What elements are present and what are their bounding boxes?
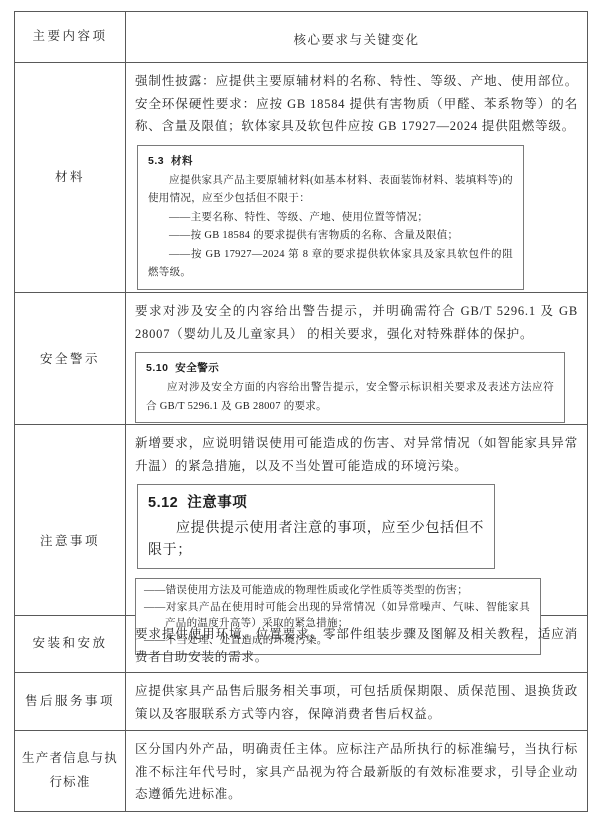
clause-title: 材料 xyxy=(171,155,193,167)
row-content-after-sales: 应提供家具产品售后服务相关事项，可包括质保期限、质保范围、退换货政策以及客服联系… xyxy=(126,673,587,730)
cautions-summary-text: 新增要求，应说明错误使用可能造成的伤害、对异常情况（如智能家具异常升温）的紧急措… xyxy=(135,432,578,477)
table-row-producer-info: 生产者信息与执行标准 区分国内外产品，明确责任主体。应标注产品所执行的标准编号，… xyxy=(15,730,587,811)
excerpt-5-12-heading: 5.12 注意事项 xyxy=(148,491,484,512)
excerpt-5-3-body: 应提供家具产品主要原辅材料(如基本材料、表面装饰材料、装填料等)的使用情况，应至… xyxy=(148,172,513,209)
installation-summary-text: 要求提供使用环境、位置要求、零部件组装步骤及图解及相关教程，适应消费者自助安装的… xyxy=(135,623,578,668)
after-sales-summary-text: 应提供家具产品售后服务相关事项，可包括质保期限、质保范围、退换货政策以及客服联系… xyxy=(135,680,578,725)
excerpt-5-12-body: 应提供提示使用者注意的事项，应至少包括但不限于； xyxy=(148,518,484,562)
row-label-installation: 安装和安放 xyxy=(15,616,126,672)
clause-number: 5.12 xyxy=(148,495,178,511)
standard-excerpt-5-12: 5.12 注意事项 应提供提示使用者注意的事项，应至少包括但不限于； xyxy=(137,484,495,569)
clause-title: 安全警示 xyxy=(175,362,219,374)
excerpt-5-3-heading: 5.3 材料 xyxy=(148,153,513,168)
clause-number: 5.10 xyxy=(146,362,168,374)
excerpt-5-12-item: ——错误使用方法及可能造成的物理性质或化学性质等类型的伤害； xyxy=(144,583,530,600)
row-content-producer-info: 区分国内外产品，明确责任主体。应标注产品所执行的标准编号，当执行标准不标注年代号… xyxy=(126,731,587,811)
material-summary-text: 强制性披露：应提供主要原辅材料的名称、特性、等级、产地、使用部位。安全环保硬性要… xyxy=(135,70,578,138)
row-label-safety-warning: 安全警示 xyxy=(15,293,126,427)
row-label-after-sales: 售后服务事项 xyxy=(15,673,126,730)
table-row-after-sales: 售后服务事项 应提供家具产品售后服务相关事项，可包括质保期限、质保范围、退换货政… xyxy=(15,672,587,730)
row-content-material: 强制性披露：应提供主要原辅材料的名称、特性、等级、产地、使用部位。安全环保硬性要… xyxy=(126,63,587,294)
row-label-producer-info: 生产者信息与执行标准 xyxy=(15,731,126,811)
table-row-safety-warning: 安全警示 要求对涉及安全的内容给出警告提示，并明确需符合 GB/T 5296.1… xyxy=(15,292,587,424)
table-header-row: 主要内容项 核心要求与关键变化 xyxy=(15,12,587,62)
excerpt-5-10-heading: 5.10 安全警示 xyxy=(146,360,554,375)
document-page: 主要内容项 核心要求与关键变化 材料 强制性披露：应提供主要原辅材料的名称、特性… xyxy=(0,0,600,822)
producer-info-summary-text: 区分国内外产品，明确责任主体。应标注产品所执行的标准编号，当执行标准不标注年代号… xyxy=(135,738,578,806)
clause-number: 5.3 xyxy=(148,155,164,167)
clause-title: 注意事项 xyxy=(187,495,247,511)
excerpt-5-3-item: ——主要名称、特性、等级、产地、使用位置等情况； xyxy=(148,209,513,228)
excerpt-5-3-item: ——按 GB 18584 的要求提供有害物质的名称、含量及限值； xyxy=(148,227,513,246)
excerpt-5-3-item: ——按 GB 17927—2024 第 8 章的要求提供软体家具及家具软包件的阻… xyxy=(148,246,513,283)
table-row-installation: 安装和安放 要求提供使用环境、位置要求、零部件组装步骤及图解及相关教程，适应消费… xyxy=(15,615,587,672)
table-row-material: 材料 强制性披露：应提供主要原辅材料的名称、特性、等级、产地、使用部位。安全环保… xyxy=(15,62,587,292)
table-row-cautions: 注意事项 新增要求，应说明错误使用可能造成的伤害、对异常情况（如智能家具异常升温… xyxy=(15,424,587,615)
excerpt-5-10-body: 应对涉及安全方面的内容给出警告提示，安全警示标识相关要求及表述方法应符合 GB/… xyxy=(146,379,554,416)
standard-excerpt-5-10: 5.10 安全警示 应对涉及安全方面的内容给出警告提示，安全警示标识相关要求及表… xyxy=(135,352,565,423)
header-core-requirements: 核心要求与关键变化 xyxy=(126,12,587,62)
row-label-material: 材料 xyxy=(15,63,126,294)
row-content-installation: 要求提供使用环境、位置要求、零部件组装步骤及图解及相关教程，适应消费者自助安装的… xyxy=(126,616,587,672)
requirements-table: 主要内容项 核心要求与关键变化 材料 强制性披露：应提供主要原辅材料的名称、特性… xyxy=(14,11,588,812)
row-content-safety-warning: 要求对涉及安全的内容给出警告提示，并明确需符合 GB/T 5296.1 及 GB… xyxy=(126,293,587,427)
standard-excerpt-5-3: 5.3 材料 应提供家具产品主要原辅材料(如基本材料、表面装饰材料、装填料等)的… xyxy=(137,145,524,290)
safety-warning-summary-text: 要求对涉及安全的内容给出警告提示，并明确需符合 GB/T 5296.1 及 GB… xyxy=(135,300,578,345)
header-main-content-item: 主要内容项 xyxy=(15,12,126,62)
